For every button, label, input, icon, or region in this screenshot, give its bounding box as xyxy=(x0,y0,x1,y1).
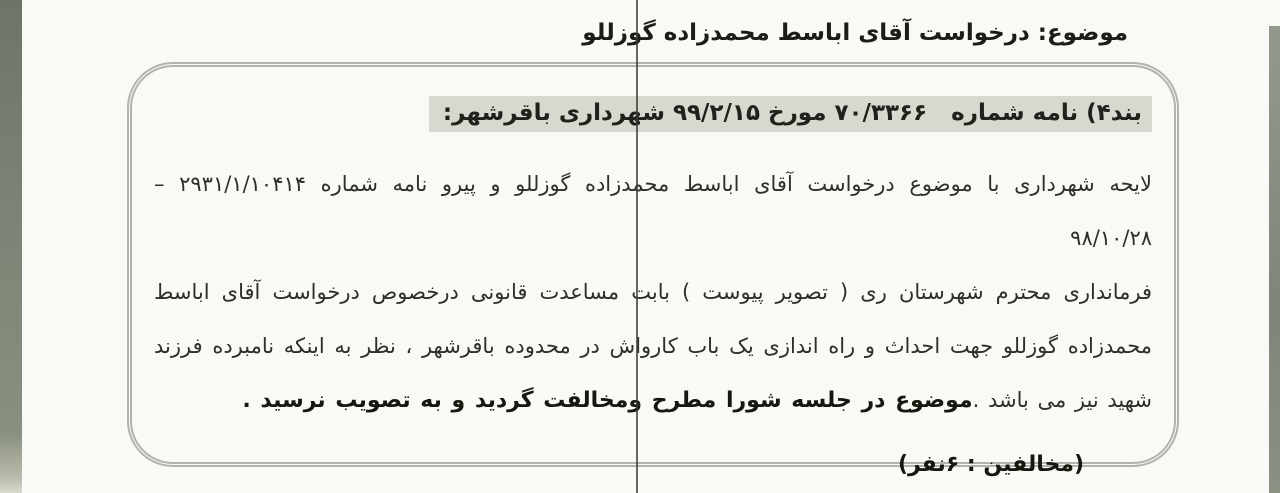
clause-header: بند۴) نامه شماره ۷۰/۳۳۶۶ مورخ ۹۹/۲/۱۵ شه… xyxy=(154,93,1152,133)
clause-body: لایحه شهرداری با موضوع درخواست آقای اباس… xyxy=(154,157,1152,428)
scan-edge-right-strip xyxy=(1269,26,1280,493)
clause-body-line-2: فرمانداری محترم شهرستان ری ( تصویر پیوست… xyxy=(154,265,1152,319)
clause-body-line-4-regular: شهید نیز می باشد . xyxy=(973,388,1152,412)
page-fold-line xyxy=(636,0,638,493)
clause-body-line-1: لایحه شهرداری با موضوع درخواست آقای اباس… xyxy=(154,157,1152,265)
subject-line: موضوع: درخواست آقای اباسط محمدزاده گوزلل… xyxy=(582,20,1128,46)
clause-decision-bold: موضوع در جلسه شورا مطرح ومخالفت گردید و … xyxy=(242,388,972,413)
resolution-box: بند۴) نامه شماره ۷۰/۳۳۶۶ مورخ ۹۹/۲/۱۵ شه… xyxy=(127,62,1179,467)
scanned-page: { "document": { "subject_line": "موضوع: … xyxy=(0,0,1280,493)
clause-body-line-4: شهید نیز می باشد .موضوع در جلسه شورا مطر… xyxy=(154,373,1152,428)
opponents-note: (مخالفین : ۶نفر) xyxy=(154,452,1152,477)
scan-edge-left-strip xyxy=(0,0,22,493)
clause-body-line-3: محمدزاده گوزللو جهت احداث و راه اندازی ی… xyxy=(154,319,1152,373)
clause-header-text: بند۴) نامه شماره ۷۰/۳۳۶۶ مورخ ۹۹/۲/۱۵ شه… xyxy=(429,96,1152,132)
